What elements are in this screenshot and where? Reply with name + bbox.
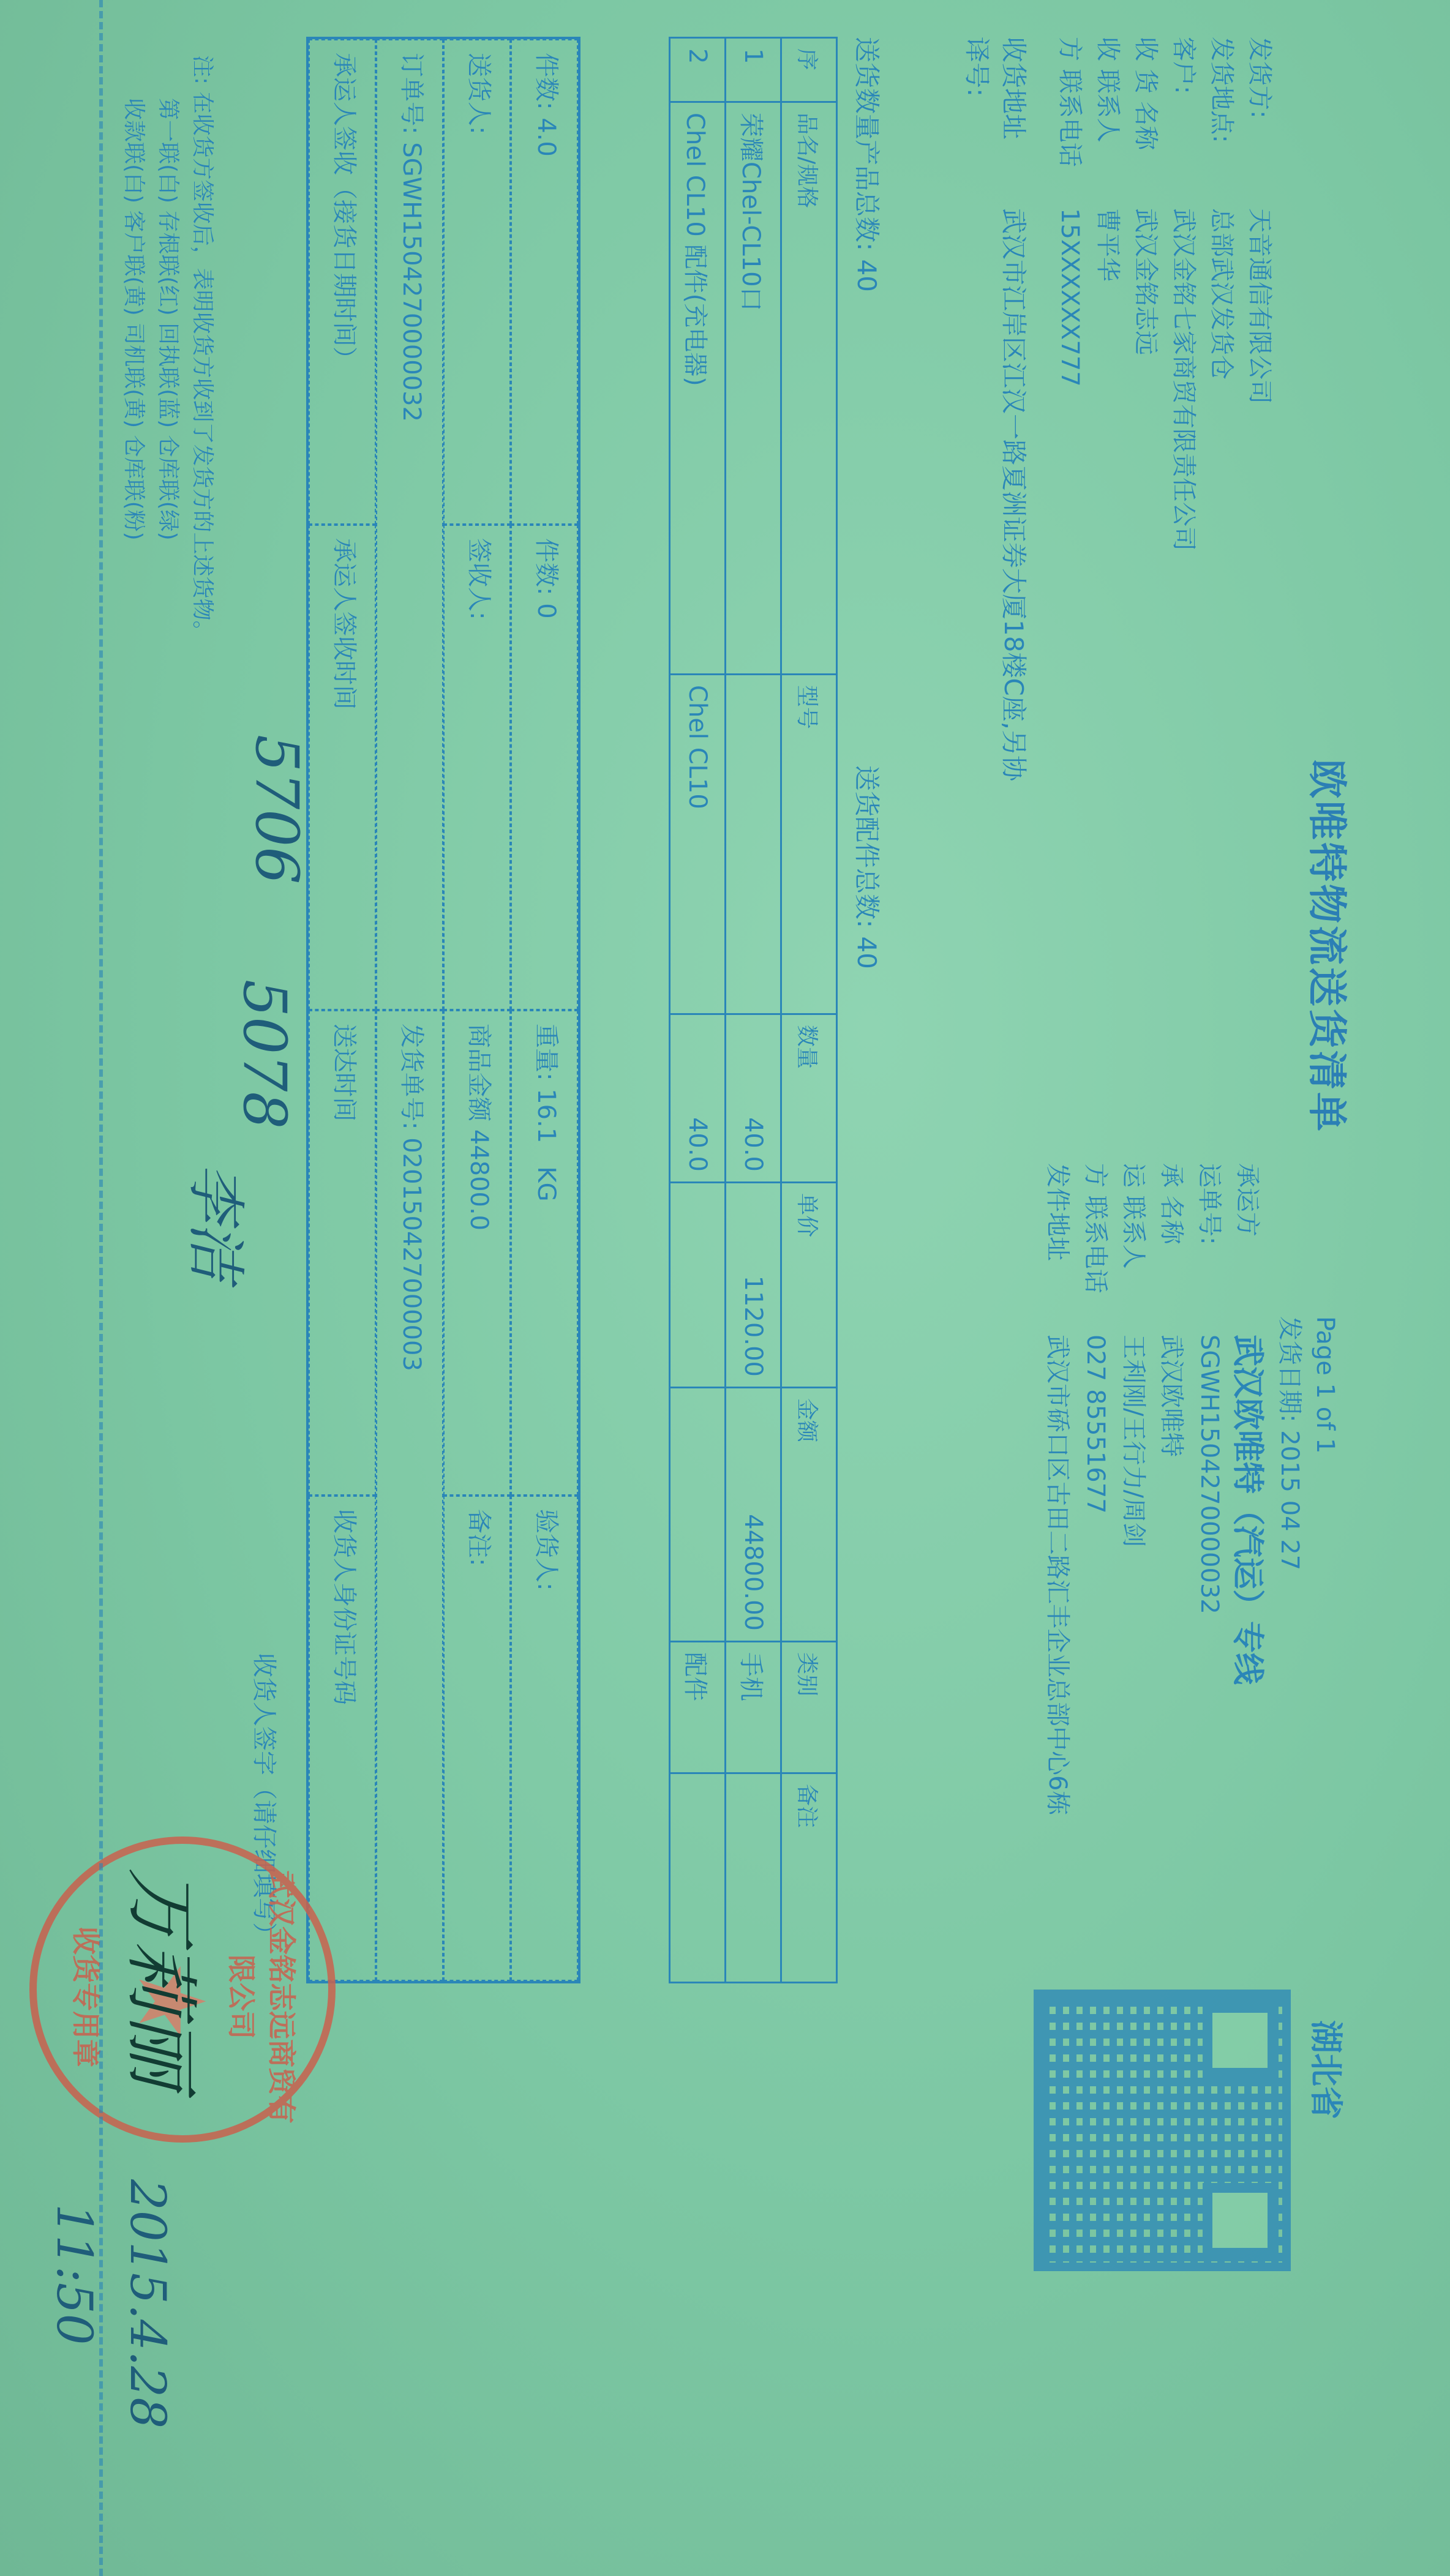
- ship-date: 发货日期: 2015 04 27: [1272, 1316, 1307, 1570]
- recipient-contact: 曹平华: [1089, 208, 1127, 282]
- perforation-line: [99, 0, 103, 2576]
- waybill-number: SGWH1504270000032: [1190, 1335, 1228, 1614]
- consignee-cell: 送货人:: [443, 39, 511, 525]
- remark-cell: 备注:: [443, 1496, 511, 1981]
- delivery-receipt: 欧唯特物流送货清单 Page 1 of 1 发货日期: 2015 04 27 湖…: [0, 0, 1450, 2576]
- recipient-name: 武汉金铭志远: [1127, 208, 1165, 355]
- sender-block: 发货方:天音通信有限公司 发货地点:总部武汉发货仓 客户:武汉金铭七家商贸有限责…: [1051, 37, 1279, 551]
- table-row: 1 荣耀Chel-CL10口 40.0 1120.00 44800.00 手机: [726, 38, 781, 1983]
- total-cell: 商品金额 44800.0: [443, 1010, 511, 1496]
- customer-name: 武汉金铭七家商贸有限责任公司: [1165, 208, 1203, 551]
- page-info: Page 1 of 1 发货日期: 2015 04 27: [1272, 1316, 1343, 1570]
- handwritten-date: 2015.4.28: [119, 2179, 176, 2428]
- dispatch-point: 总部武汉发货仓: [1203, 208, 1241, 380]
- handwritten-signature: 李洁: [178, 1163, 262, 1281]
- boxes-cell: 件数: 0: [511, 525, 578, 1010]
- footer-totals: 件数: 4.0 件数: 0 重量: 16.1 KG 验货人: 送货人: 签收人:…: [306, 37, 580, 1983]
- ship-no-cell: 发货单号: 020150427000003: [376, 1010, 443, 1981]
- receiver-signature: 万莉丽: [114, 1867, 219, 2087]
- sign-time-cell: 承运人签收时间: [309, 525, 376, 1010]
- sender-name: 天音通信有限公司: [1241, 208, 1279, 404]
- footer-notes: 注: 在收货方签收后，表明收货方收到了发货方的上述货物。 第一联(白) 存根联(…: [116, 55, 219, 643]
- product-total: 送货数量产品总数: 40: [850, 37, 887, 292]
- id-cell: 收货人身份证号码: [309, 1496, 376, 1981]
- arrive-cell: 送达时间: [309, 1010, 376, 1496]
- province-label: 湖北省: [1305, 2020, 1352, 2119]
- order-no-cell: 订单号: SGWH1504270000032: [376, 39, 443, 1010]
- page-number: Page 1 of 1: [1307, 1316, 1343, 1570]
- carrier-block: 承运方武汉欧唯特（汽运）专线 运单号:SGWH1504270000032 承 名…: [1039, 1163, 1266, 1815]
- items-table: 序 品名/规格 型号 数量 单价 金额 类别 备注 1 荣耀Chel-CL10口…: [669, 37, 838, 1983]
- recipient-address: 收货地址武汉市江岸区江汉一路夏洲证券大厦18楼C座,另协 译号:: [960, 37, 1034, 781]
- document-title: 欧唯特物流送货清单: [1302, 759, 1358, 1134]
- table-row: 2 Chel CL10 配件(充电器) Chel CL10 40.0 配件: [670, 38, 726, 1983]
- inspector-cell: 验货人:: [511, 1496, 578, 1981]
- qr-code-icon: [1034, 1990, 1291, 2271]
- checker-cell: 签收人:: [443, 525, 511, 1010]
- weight-cell: 重量: 16.1 KG: [511, 1010, 578, 1496]
- recipient-phone: 15XXXXXX777: [1051, 208, 1089, 387]
- handwritten-code-1: 5706: [242, 735, 311, 884]
- parts-total: 送货配件总数: 40: [850, 765, 887, 969]
- table-header: 序 品名/规格 型号 数量 单价 金额 类别 备注: [781, 38, 837, 1983]
- carrier-name: 武汉欧唯特（汽运）专线: [1228, 1335, 1266, 1685]
- handwritten-time: 11:50: [46, 2204, 103, 2345]
- sign-date-cell: 承运人签收（接货日期时间）: [309, 39, 376, 525]
- pieces-cell: 件数: 4.0: [511, 39, 578, 525]
- handwritten-code-2: 5078: [230, 979, 299, 1129]
